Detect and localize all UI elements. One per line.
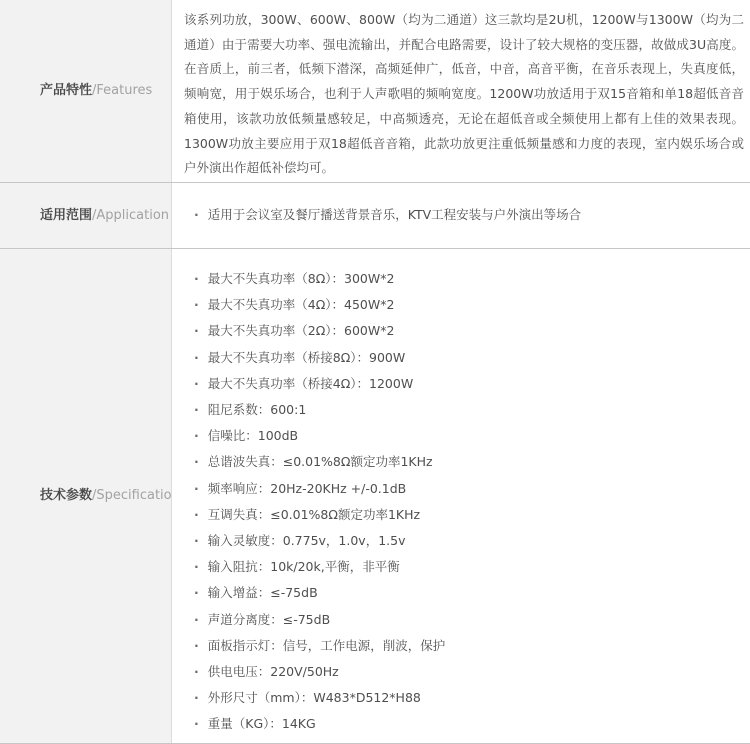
list-item-text: 最大不失真功率（桥接4Ω）：1200W [208,376,413,391]
application-bullet-list: 适用于会议室及餐厅播送背景音乐，KTV工程安装与户外演出等场合 [172,183,750,248]
list-item: 信噪比：100dB [194,423,740,449]
list-item-text: 面板指示灯：信号，工作电源，削波，保护 [208,638,446,653]
list-item-text: 频率响应：20Hz-20KHz +/-0.1dB [208,481,407,496]
list-item-text: 总谐波失真：≤0.01%8Ω额定功率1KHz [208,454,433,469]
bullet-icon [194,607,199,633]
bullet-icon [194,528,199,554]
list-item-text: 供电电压：220V/50Hz [208,664,339,679]
bullet-icon [194,554,199,580]
list-item-text: 最大不失真功率（桥接8Ω）：900W [208,350,405,365]
product-spec-table: 产品特性/Features 该系列功放，300W、600W、800W（均为二通道… [0,0,750,744]
list-item: 频率响应：20Hz-20KHz +/-0.1dB [194,476,740,502]
bullet-icon [194,292,199,318]
list-item: 总谐波失真：≤0.01%8Ω额定功率1KHz [194,449,740,475]
table-row-features: 产品特性/Features 该系列功放，300W、600W、800W（均为二通道… [0,0,750,183]
list-item-text: 最大不失真功率（2Ω）：600W*2 [208,323,395,338]
list-item-text: 信噪比：100dB [208,428,298,443]
bullet-icon [194,202,199,228]
list-item: 面板指示灯：信号，工作电源，削波，保护 [194,633,740,659]
list-item-text: 输入灵敏度：0.775v，1.0v，1.5v [208,533,406,548]
list-item: 阻尼系数：600:1 [194,397,740,423]
bullet-icon [194,266,199,292]
list-item-text: 阻尼系数：600:1 [208,402,307,417]
row-label-zh: 产品特性 [40,82,92,100]
list-item: 互调失真：≤0.01%8Ω额定功率1KHz [194,502,740,528]
bullet-icon [194,502,199,528]
features-content: 该系列功放，300W、600W、800W（均为二通道）这三款均是2U机，1200… [172,0,750,182]
list-item-text: 互调失真：≤0.01%8Ω额定功率1KHz [208,507,420,522]
row-label-en: /Features [92,82,152,100]
row-label-en: /Application [92,207,169,225]
list-item: 输入灵敏度：0.775v，1.0v，1.5v [194,528,740,554]
list-item: 最大不失真功率（4Ω）：450W*2 [194,292,740,318]
specification-bullet-list: 最大不失真功率（8Ω）：300W*2 最大不失真功率（4Ω）：450W*2 最大… [172,249,750,738]
table-row-specification: 技术参数/Specification 最大不失真功率（8Ω）：300W*2 最大… [0,249,750,744]
row-label-application: 适用范围/Application [0,183,172,248]
list-item-text: 声道分离度：≤-75dB [208,612,330,627]
list-item: 最大不失真功率（8Ω）：300W*2 [194,266,740,292]
bullet-icon [194,318,199,344]
bullet-icon [194,711,199,737]
list-item-text: 重量（KG）：14KG [208,716,316,731]
row-label-zh: 技术参数 [40,487,92,505]
row-label-features: 产品特性/Features [0,0,172,182]
list-item: 最大不失真功率（2Ω）：600W*2 [194,318,740,344]
bullet-icon [194,685,199,711]
list-item: 输入阻抗：10k/20k,平衡，非平衡 [194,554,740,580]
specification-content: 最大不失真功率（8Ω）：300W*2 最大不失真功率（4Ω）：450W*2 最大… [172,249,750,743]
application-content: 适用于会议室及餐厅播送背景音乐，KTV工程安装与户外演出等场合 [172,183,750,248]
list-item-text: 最大不失真功率（8Ω）：300W*2 [208,271,395,286]
list-item-text: 适用于会议室及餐厅播送背景音乐，KTV工程安装与户外演出等场合 [208,207,581,222]
bullet-icon [194,659,199,685]
list-item: 外形尺寸（mm）：W483*D512*H88 [194,685,740,711]
list-item: 最大不失真功率（桥接4Ω）：1200W [194,371,740,397]
row-label-specification: 技术参数/Specification [0,249,172,743]
list-item-text: 最大不失真功率（4Ω）：450W*2 [208,297,395,312]
row-label-zh: 适用范围 [40,207,92,225]
bullet-icon [194,371,199,397]
row-label-en: /Specification [92,487,180,505]
bullet-icon [194,423,199,449]
features-paragraph: 该系列功放，300W、600W、800W（均为二通道）这三款均是2U机，1200… [172,0,750,181]
bullet-icon [194,397,199,423]
list-item: 最大不失真功率（桥接8Ω）：900W [194,345,740,371]
list-item: 重量（KG）：14KG [194,711,740,737]
list-item: 供电电压：220V/50Hz [194,659,740,685]
list-item-text: 输入阻抗：10k/20k,平衡，非平衡 [208,559,400,574]
list-item-text: 输入增益：≤-75dB [208,585,318,600]
list-item: 输入增益：≤-75dB [194,580,740,606]
bullet-icon [194,476,199,502]
list-item: 适用于会议室及餐厅播送背景音乐，KTV工程安装与户外演出等场合 [194,202,740,228]
list-item-text: 外形尺寸（mm）：W483*D512*H88 [208,690,421,705]
bullet-icon [194,580,199,606]
list-item: 声道分离度：≤-75dB [194,607,740,633]
table-row-application: 适用范围/Application 适用于会议室及餐厅播送背景音乐，KTV工程安装… [0,183,750,249]
bullet-icon [194,449,199,475]
bullet-icon [194,345,199,371]
bullet-icon [194,633,199,659]
